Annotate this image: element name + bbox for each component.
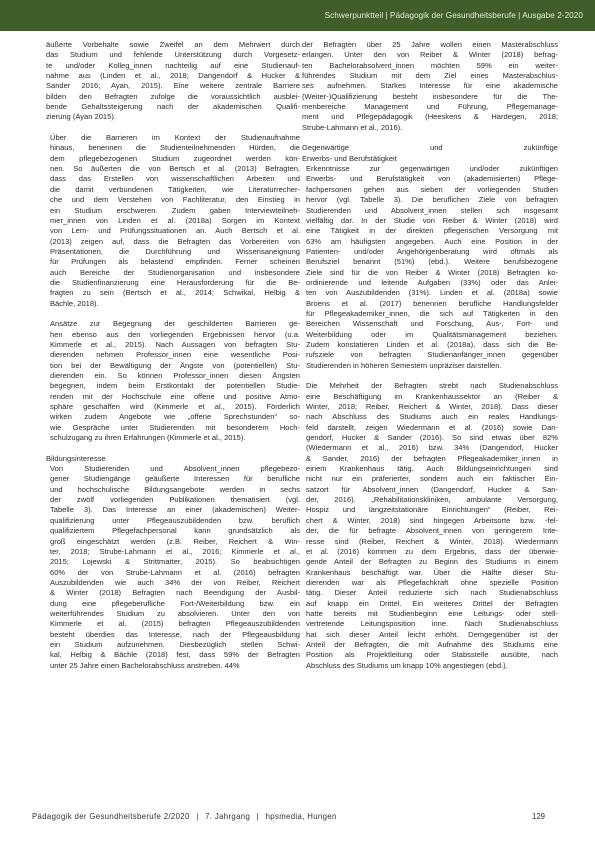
- text-line: menbereiche Management und Führung, Pfle…: [302, 102, 558, 112]
- text-line: 63% am häufigsten angegeben. Auch eine P…: [302, 237, 558, 247]
- text-line: Position als Projektleitung oder Stabsst…: [302, 650, 558, 660]
- text-line: Abschluss des Studiums um knapp 10% ange…: [302, 661, 558, 671]
- text-line: besteht überdies das Interesse, nach der…: [46, 630, 300, 640]
- section-subheading: Bildungsinteresse: [46, 454, 300, 464]
- paragraph: Von Studierenden und Absolvent_innen pfl…: [46, 464, 300, 671]
- text-line: ten von Auszubildenden (31%). Linden et …: [302, 288, 558, 298]
- text-line: Weiterbildung oder im Qualitätsmanagemen…: [302, 330, 558, 340]
- text-line: der, die für befragte Absolvent_innen vo…: [302, 526, 558, 536]
- paragraph: Die Mehrheit der Befragten strebt nach S…: [302, 381, 558, 671]
- text-line: hen ebenso aus den vorliegenden Ergebnis…: [46, 330, 300, 340]
- text-line: eine Beschäftigung im Krankenhaussektor …: [302, 392, 558, 402]
- text-line: tion bei der Bewältigung der Ängste von …: [46, 361, 300, 371]
- text-line: resse sind (Reiber, Reichert & Winter, 2…: [302, 537, 558, 547]
- paragraph: der Befragten über 25 Jahre wollen einen…: [302, 40, 558, 133]
- text-line: Berufsziel benannt (51%) (ebd.). Weitere…: [302, 257, 558, 267]
- text-line: begegnen, indem beim Erstkontakt der pot…: [46, 381, 300, 391]
- text-line: nach Abschluss des Studiums auch ein rea…: [302, 412, 558, 422]
- right-column: der Befragten über 25 Jahre wollen einen…: [302, 40, 558, 671]
- text-line: gende Anteil der Befragten zu Beginn des…: [302, 557, 558, 567]
- text-line: hat sich dieser Anteil leicht erhöht. De…: [302, 630, 558, 640]
- text-line: der zwölf vorliegenden Publikationen the…: [46, 495, 300, 505]
- text-line: nahme aus (Linden et al., 2018; Dangendo…: [46, 71, 300, 81]
- text-line: Erkenntnisse zur gegenwärtigen und/oder …: [302, 164, 558, 174]
- text-line: ter, 2018; Strube-Lahmann et al., 2016; …: [46, 547, 300, 557]
- text-line: ein Studium aufzunehmen. Diesbezüglich s…: [46, 640, 300, 650]
- footer-separator: |: [196, 812, 198, 821]
- text-line: Ansätze zur Begegnung der geschilderten …: [46, 319, 300, 329]
- text-line: der Befragten über 25 Jahre wollen einen…: [302, 40, 558, 50]
- text-line: Patienten- und/oder Angehörigenberatung …: [302, 247, 558, 257]
- text-line: Tabelle 3). Das Interesse an einer (akad…: [46, 505, 300, 515]
- text-line: gener Studiengänge geäußerte Interessen …: [46, 474, 300, 484]
- text-line: Zudem konstatieren Linden et al. (2018a)…: [302, 340, 558, 350]
- text-line: Über die Barrieren im Kontext der Studie…: [46, 133, 300, 143]
- text-line: eine Tätigkeit in der direkten pflegeris…: [302, 226, 558, 236]
- text-line: Kimmerle et al. (2015) befragten Pflegea…: [46, 619, 300, 629]
- text-line: Auszubildenden wie auch 34% der von Reib…: [46, 578, 300, 588]
- text-line: kal, Helbig & Bächle (2018) fest, dass 5…: [46, 650, 300, 660]
- text-line: schulzugang zu ihren Erfahrungen (Kimmer…: [46, 433, 300, 443]
- text-line: fachpersonen gehen aus sieben der vorlie…: [302, 185, 558, 195]
- text-line: gendorf, Hucker & Sander (2016). So sind…: [302, 433, 558, 443]
- text-line: ment und Pflegepädagogik (Heeskens & Har…: [302, 112, 558, 122]
- text-line: Strube-Lahmann et al., 2016).: [302, 123, 558, 133]
- page-footer: Pädagogik der Gesundheitsberufe 2/2020 |…: [32, 812, 337, 821]
- text-line: Studierenden und Absolvent_innen stellen…: [302, 206, 558, 216]
- text-line: Ziele sind für die von Reiber & Winter (…: [302, 268, 558, 278]
- text-line: vielfältig dar. In der Studie von Reiber…: [302, 216, 558, 226]
- text-line: Bereichen Wissenschaft und Forschung, Au…: [302, 319, 558, 329]
- text-line: ses aufnehmen. Starkes Interesse für ein…: [302, 81, 558, 91]
- text-line: auch Bereiche der Studienorganisation un…: [46, 268, 300, 278]
- text-line: die Studienfinanzierung eine Herausforde…: [46, 278, 300, 288]
- text-line: Von Studierenden und Absolvent_innen pfl…: [46, 464, 300, 474]
- paragraph: Erkenntnisse zur gegenwärtigen und/oder …: [302, 164, 558, 371]
- text-line: hatte bereits mit Studienbeginn eine Lei…: [302, 609, 558, 619]
- text-line: unter 25 Jahre einen Bachelorabschluss a…: [46, 661, 300, 671]
- text-line: tätig. Dieser Anteil reduzierte sich nac…: [302, 588, 558, 598]
- text-line: qualifiziertem Pflegefachpersonal kann g…: [46, 526, 300, 536]
- text-line: nen. So äußerten die von Bertsch et al. …: [46, 164, 300, 174]
- text-line: das Studium und fehlende Unterstützung d…: [46, 50, 300, 60]
- text-line: dem pflegebezogenen Studium zugeordnet w…: [46, 154, 300, 164]
- text-line: dierenden ein. So können Professor_innen…: [46, 371, 300, 381]
- text-line: bende Gehaltssteigerung nach der akademi…: [46, 102, 300, 112]
- text-line: & Winter (2018) Befragten nach Beendigun…: [46, 588, 300, 598]
- text-line: äußerte Vorbehalte sowie Zweifel an dem …: [46, 40, 300, 50]
- text-line: weiterführendes Studium zu absolvieren. …: [46, 609, 300, 619]
- text-line: Anteil der Befragten, die mit Aufnahme d…: [302, 640, 558, 650]
- text-line: führendes Studium mit dem Ziel eines Mas…: [302, 71, 558, 81]
- page-number: 129: [532, 812, 545, 821]
- text-line: & Sander, 2016) der befragten Pflegeakad…: [302, 454, 558, 464]
- text-line: für Prüfungen als belastend empfinden. F…: [46, 257, 300, 267]
- text-line: erlangen. Unter den von Reiber & Winter …: [302, 50, 558, 60]
- paragraph: Über die Barrieren im Kontext der Studie…: [46, 133, 300, 309]
- text-line: Die Mehrheit der Befragten strebt nach S…: [302, 381, 558, 391]
- text-line: Erwerbs- und Berufstätigkeit von (akadem…: [302, 174, 558, 184]
- text-line: qualifizierung unter Pflegeauszubildende…: [46, 516, 300, 526]
- footer-volume: 7. Jahrgang: [205, 812, 250, 821]
- footer-separator: |: [257, 812, 259, 821]
- text-line: 2015; Lojewski & Strittmatter, 2015). So…: [46, 557, 300, 567]
- text-line: hinaus, benennen die Studienteilnehmende…: [46, 143, 300, 153]
- text-line: dierenden war als Pflegefachkraft ohne s…: [302, 578, 558, 588]
- text-line: von Lern- und Prüfungssituationen an. Au…: [46, 226, 300, 236]
- text-line: che und dem Verstehen von Fachliteratur,…: [46, 195, 300, 205]
- text-line: nicht nur ein präferierter, sondern auch…: [302, 474, 558, 484]
- text-line: für Pflegeakademiker_innen, die sich auf…: [302, 309, 558, 319]
- text-line: dierenden nehmen Professor_innen eine we…: [46, 350, 300, 360]
- text-line: Sander 2016; Ayan, 2015). Eine weitere z…: [46, 81, 300, 91]
- text-line: zierung (Ayan 2015).: [46, 112, 300, 122]
- text-line: bilden den Befragten zufolge die vorauss…: [46, 92, 300, 102]
- text-line: Bächle, 2018).: [46, 299, 300, 309]
- text-line: dung eine pflegeberufliche Fort-/Weiterb…: [46, 599, 300, 609]
- text-line: renden mit der Hochschule eine offene un…: [46, 392, 300, 402]
- section-subheading: Gegenwärtige und zukünftigeErwerbs- und …: [302, 143, 558, 164]
- text-line: et al. (2016) kommen zu dem Ergebnis, da…: [302, 547, 558, 557]
- text-line: Erwerbs- und Berufstätigkeit: [302, 154, 558, 164]
- text-line: auf knapp ein Drittel. Ein weiteres Drit…: [302, 599, 558, 609]
- text-line: der, 2016). „Rehabilitationskliniken, am…: [302, 495, 558, 505]
- text-line: die damit verbundenen Tätigkeiten, wie L…: [46, 185, 300, 195]
- text-line: (2013) zeigen auf, dass die Befragten da…: [46, 237, 300, 247]
- left-column: äußerte Vorbehalte sowie Zweifel an dem …: [46, 40, 300, 671]
- text-line: (Wiedermann et al., 2016) bzw. 34% (Dang…: [302, 443, 558, 453]
- text-line: wirken zudem Angebote wie „offene Sprech…: [46, 412, 300, 422]
- text-line: satzort für Absolvent_innen (Dangendorf,…: [302, 485, 558, 495]
- text-line: Hospiz und langzeitstationäre Einrichtun…: [302, 505, 558, 515]
- running-header-title: Schwerpunktteil | Pädagogik der Gesundhe…: [325, 11, 583, 20]
- text-line: Studierenden in höheren Semestern unpräz…: [302, 361, 558, 371]
- text-line: fragten zu sein (Bertsch et al., 2014; S…: [46, 288, 300, 298]
- text-line: (Weiter-)Qualifizierung besteht insbeson…: [302, 92, 558, 102]
- paragraph: äußerte Vorbehalte sowie Zweifel an dem …: [46, 40, 300, 123]
- text-line: vertretende Leitungsposition inne. Nach …: [302, 619, 558, 629]
- text-line: Gegenwärtige und zukünftige: [302, 143, 558, 153]
- running-header-bar: Schwerpunktteil | Pädagogik der Gesundhe…: [0, 0, 595, 31]
- footer-publisher: hpsmedia, Hungen: [266, 812, 337, 821]
- text-line: ten Bachelorabsolvent_innen möchten 59% …: [302, 61, 558, 71]
- text-line: chert & Winter, 2018) sind hingegen Arbe…: [302, 516, 558, 526]
- text-line: dass das Erstellen von wissenschaftliche…: [46, 174, 300, 184]
- text-line: wie Gespräche unter Studierenden mit bes…: [46, 423, 300, 433]
- text-line: Präsentationen, die Durchführung und Wis…: [46, 247, 300, 257]
- footer-journal: Pädagogik der Gesundheitsberufe 2/2020: [32, 812, 190, 821]
- text-line: einem Krankenhaus tätig. Auch Bildungsei…: [302, 464, 558, 474]
- text-line: groß eingeschätzt werden (z.B. Reiber, R…: [46, 537, 300, 547]
- text-line: sphäre geschaffen wird (Kimmerle et al.,…: [46, 402, 300, 412]
- text-line: und hochschulische Bildungsangebote werd…: [46, 485, 300, 495]
- text-line: ein Studium erschweren. Zudem gaben Inte…: [46, 206, 300, 216]
- text-line: Winter, 2018; Reiber, Reichert & Winter,…: [302, 402, 558, 412]
- text-line: te und/oder Kolleg_innen nachteilig auf …: [46, 61, 300, 71]
- text-line: hervor (vgl. Tabelle 3). Die beruflichen…: [302, 195, 558, 205]
- paragraph: Ansätze zur Begegnung der geschilderten …: [46, 319, 300, 443]
- text-line: Krankenhaus beschäftigt war. Über die Hä…: [302, 568, 558, 578]
- text-line: mer_innen von Linden et al. (2018a) Sorg…: [46, 216, 300, 226]
- text-line: ordinierende und leitende Aufgaben (33%)…: [302, 278, 558, 288]
- text-line: rufsziele von befragten Studienanfänger_…: [302, 350, 558, 360]
- text-line: Kimmerle et al., 2015). Nach Aussagen vo…: [46, 340, 300, 350]
- text-line: feld darstellt, zeigen Wiedermann et al.…: [302, 423, 558, 433]
- text-line: Broens et al. (2017) benennen berufliche…: [302, 299, 558, 309]
- text-line: 60% der von Strube-Lahmann et al. (2016)…: [46, 568, 300, 578]
